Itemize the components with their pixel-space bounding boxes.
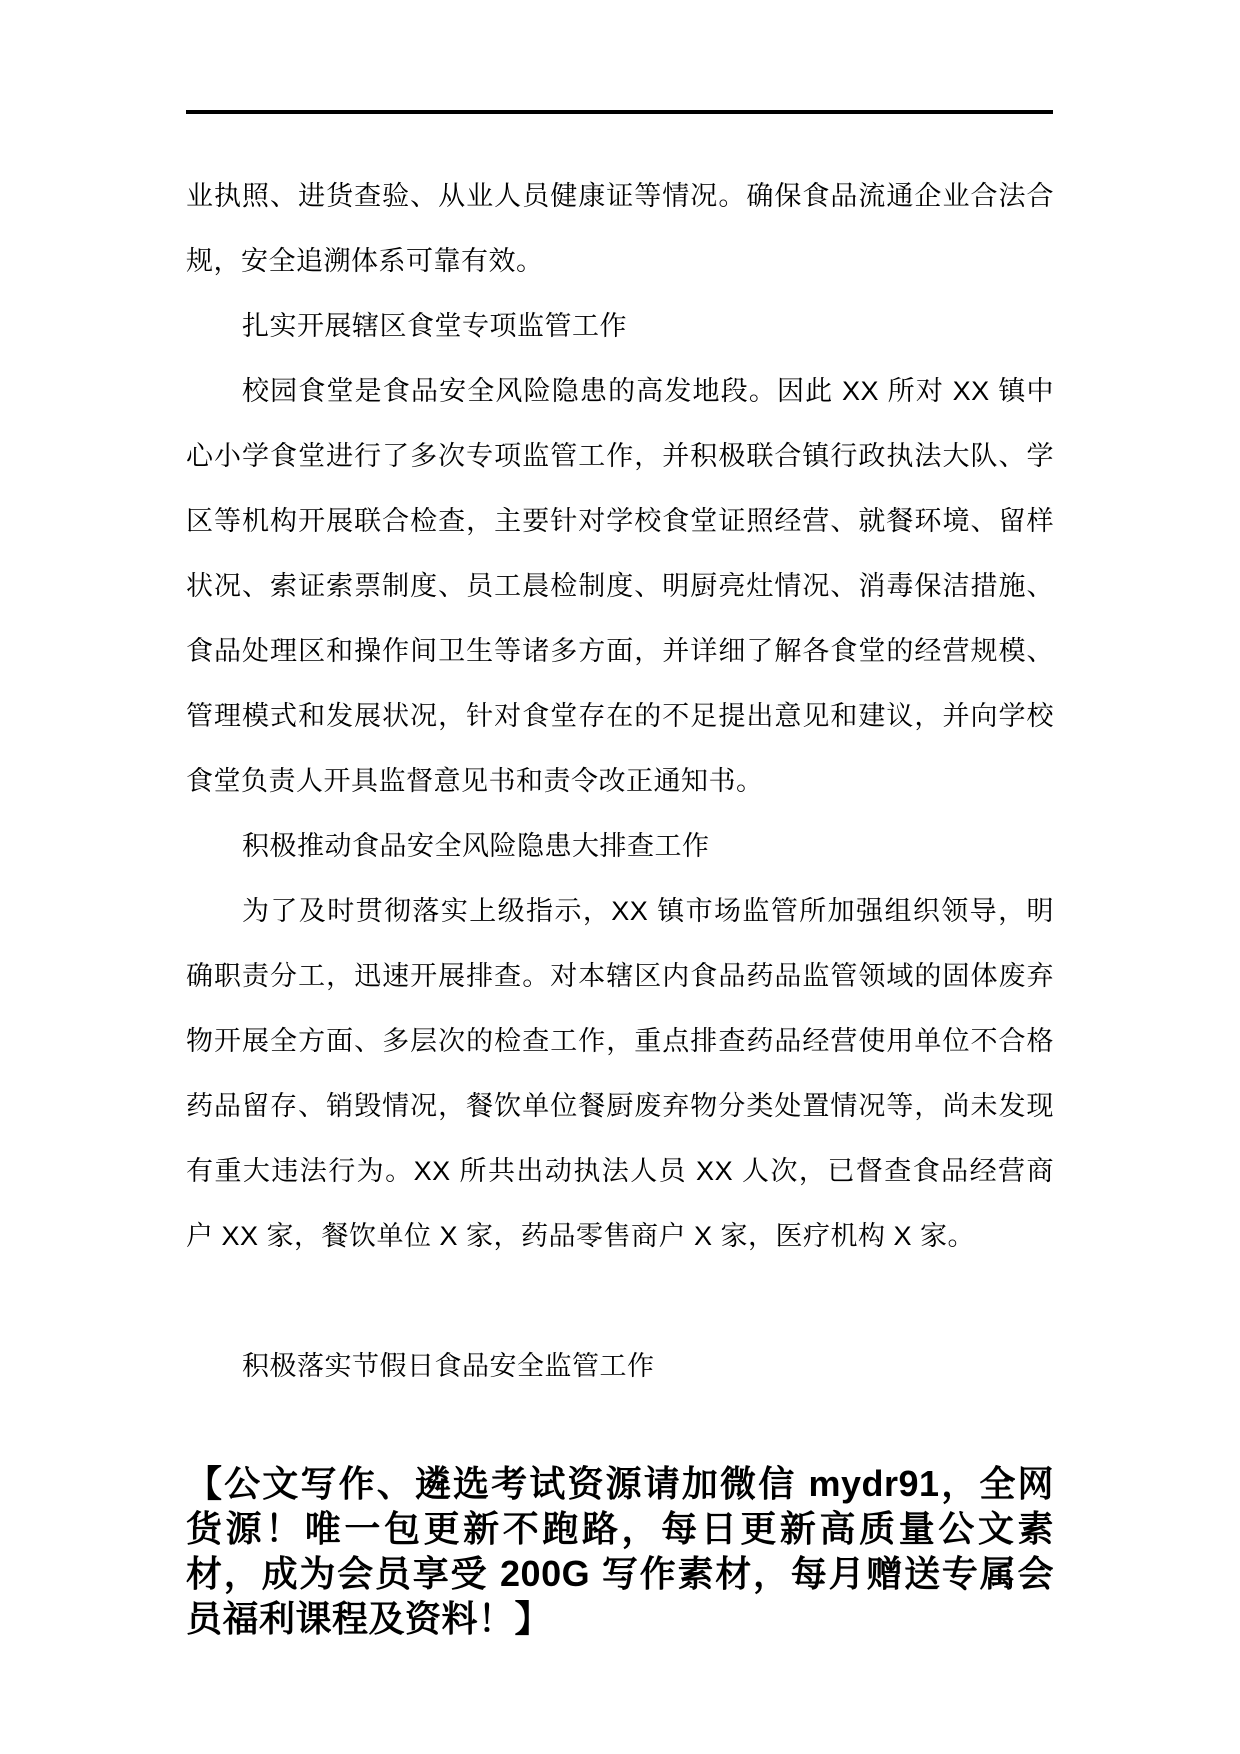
document-body: 业执照、进货查验、从业人员健康证等情况。确保食品流通企业合法合规，安全追溯体系可… xyxy=(186,164,1054,1641)
promo-ad-text: 【公文写作、遴选考试资源请加微信 mydr91，全网货源！唯一包更新不跑路，每日… xyxy=(186,1461,1054,1641)
section-heading-risk-inspection: 积极推动食品安全风险隐患大排查工作 xyxy=(186,814,1054,879)
body-paragraph-risk-inspection: 为了及时贯彻落实上级指示，XX 镇市场监管所加强组织领导，明确职责分工，迅速开展… xyxy=(186,879,1054,1269)
body-paragraph-continuation: 业执照、进货查验、从业人员健康证等情况。确保食品流通企业合法合规，安全追溯体系可… xyxy=(186,164,1054,294)
section-heading-holiday-supervision: 积极落实节假日食品安全监管工作 xyxy=(186,1334,1054,1399)
section-heading-canteen-supervision: 扎实开展辖区食堂专项监管工作 xyxy=(186,294,1054,359)
body-paragraph-canteen-supervision: 校园食堂是食品安全风险隐患的高发地段。因此 XX 所对 XX 镇中心小学食堂进行… xyxy=(186,359,1054,814)
header-rule xyxy=(186,110,1053,114)
document-page: 业执照、进货查验、从业人员健康证等情况。确保食品流通企业合法合规，安全追溯体系可… xyxy=(0,0,1240,1754)
